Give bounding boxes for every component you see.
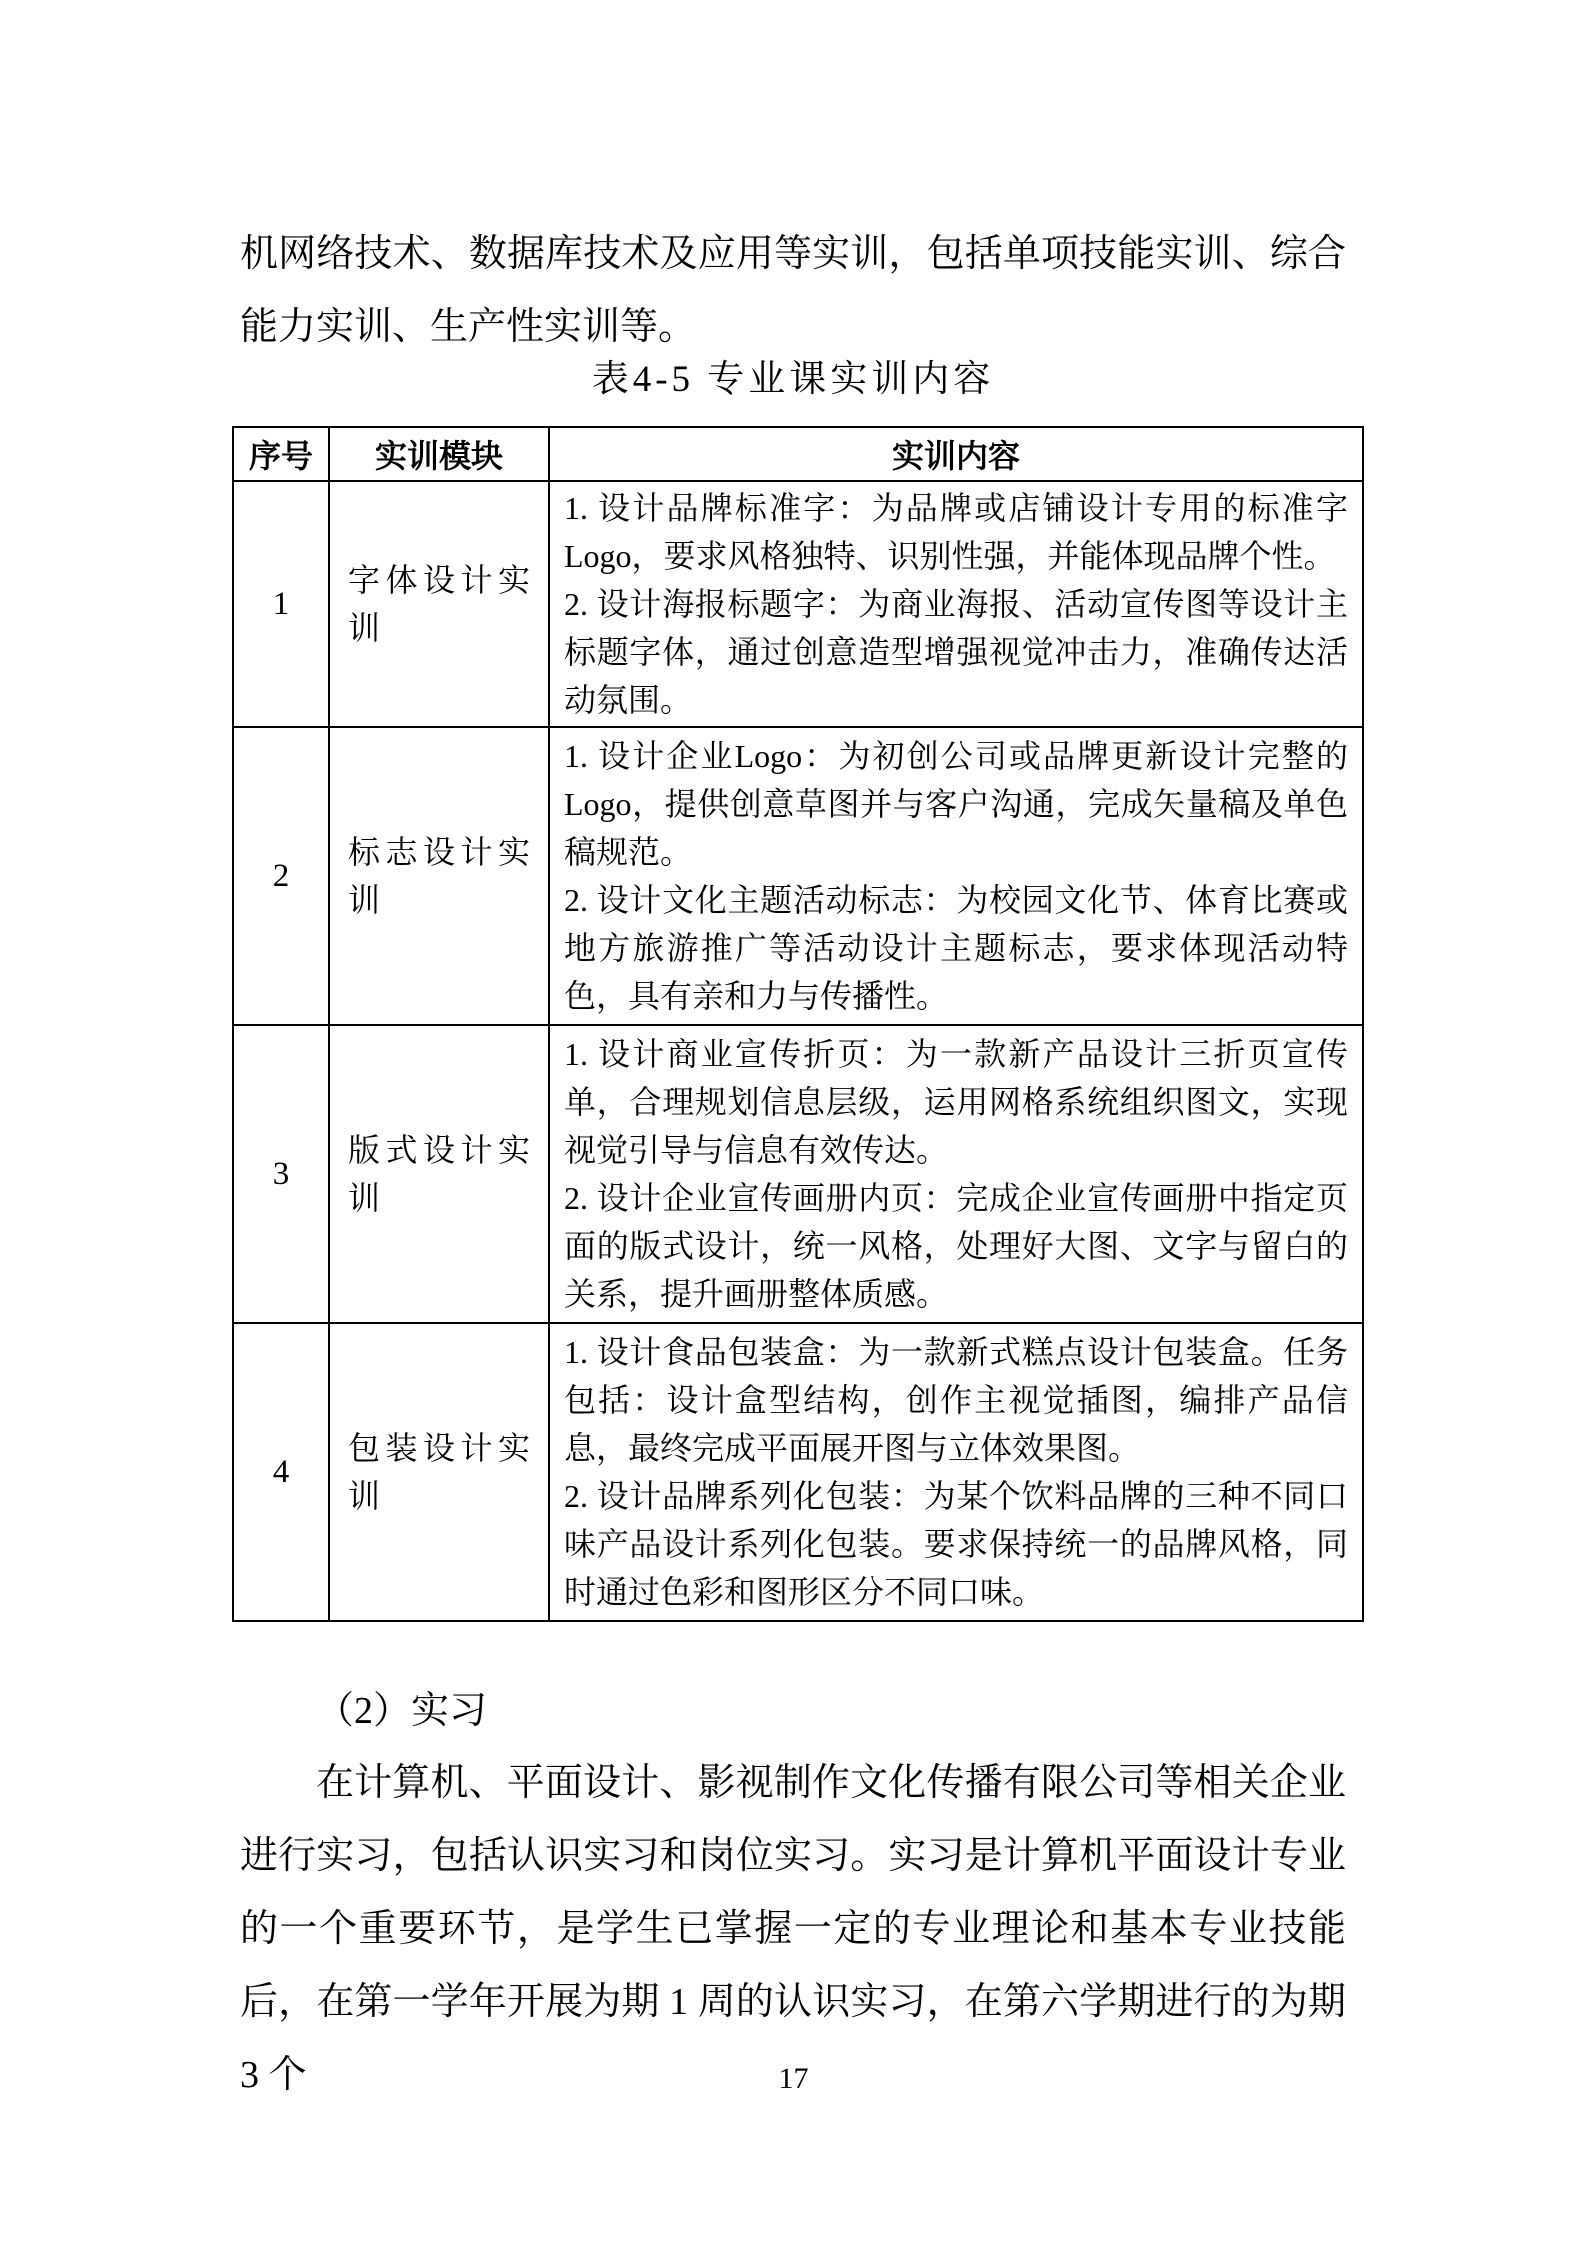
row-number: 2 [233, 727, 329, 1025]
training-item: 1. 设计企业Logo：为初创公司或品牌更新设计完整的Logo，提供创意草图并与… [564, 732, 1348, 876]
document-page: 机网络技术、数据库技术及应用等实训，包括单项技能实训、综合能力实训、生产性实训等… [0, 0, 1587, 2245]
intro-paragraph: 机网络技术、数据库技术及应用等实训，包括单项技能实训、综合能力实训、生产性实训等… [240, 218, 1346, 364]
row-number: 1 [233, 481, 329, 727]
table-row: 3 版式设计实训 1. 设计商业宣传折页：为一款新产品设计三折页宣传单，合理规划… [233, 1025, 1363, 1323]
body-paragraph: 在计算机、平面设计、影视制作文化传播有限公司等相关企业进行实习，包括认识实习和岗… [240, 1747, 1346, 2112]
training-item: 2. 设计企业宣传画册内页：完成企业宣传画册中指定页面的版式设计，统一风格，处理… [564, 1174, 1348, 1318]
table-header-row: 序号 实训模块 实训内容 [233, 427, 1363, 481]
training-content-table: 序号 实训模块 实训内容 1 字体设计实训 1. 设计品牌标准字：为品牌或店铺设… [232, 426, 1364, 1622]
row-number: 3 [233, 1025, 329, 1323]
page-number: 17 [0, 2062, 1587, 2096]
section-heading: （2）实习 [240, 1675, 1346, 1748]
module-name: 字体设计实训 [329, 481, 549, 727]
table-row: 2 标志设计实训 1. 设计企业Logo：为初创公司或品牌更新设计完整的Logo… [233, 727, 1363, 1025]
module-name: 版式设计实训 [329, 1025, 549, 1323]
training-item: 2. 设计品牌系列化包装：为某个饮料品牌的三种不同口味产品设计系列化包装。要求保… [564, 1472, 1348, 1616]
module-name: 标志设计实训 [329, 727, 549, 1025]
header-cell-no: 序号 [233, 427, 329, 481]
module-content: 1. 设计企业Logo：为初创公司或品牌更新设计完整的Logo，提供创意草图并与… [549, 727, 1363, 1025]
module-name: 包装设计实训 [329, 1323, 549, 1621]
header-cell-content: 实训内容 [549, 427, 1363, 481]
module-content: 1. 设计食品包装盒：为一款新式糕点设计包装盒。任务包括：设计盒型结构，创作主视… [549, 1323, 1363, 1621]
table-title: 表4-5 专业课实训内容 [240, 348, 1346, 402]
header-cell-module: 实训模块 [329, 427, 549, 481]
training-item: 2. 设计文化主题活动标志：为校园文化节、体育比赛或地方旅游推广等活动设计主题标… [564, 876, 1348, 1020]
row-number: 4 [233, 1323, 329, 1621]
training-item: 1. 设计品牌标准字：为品牌或店铺设计专用的标准字Logo，要求风格独特、识别性… [564, 484, 1348, 580]
module-content: 1. 设计商业宣传折页：为一款新产品设计三折页宣传单，合理规划信息层级，运用网格… [549, 1025, 1363, 1323]
table-row: 1 字体设计实训 1. 设计品牌标准字：为品牌或店铺设计专用的标准字Logo，要… [233, 481, 1363, 727]
training-item: 1. 设计商业宣传折页：为一款新产品设计三折页宣传单，合理规划信息层级，运用网格… [564, 1030, 1348, 1174]
training-item: 2. 设计海报标题字：为商业海报、活动宣传图等设计主标题字体，通过创意造型增强视… [564, 580, 1348, 724]
module-content: 1. 设计品牌标准字：为品牌或店铺设计专用的标准字Logo，要求风格独特、识别性… [549, 481, 1363, 727]
training-item: 1. 设计食品包装盒：为一款新式糕点设计包装盒。任务包括：设计盒型结构，创作主视… [564, 1328, 1348, 1472]
table-row: 4 包装设计实训 1. 设计食品包装盒：为一款新式糕点设计包装盒。任务包括：设计… [233, 1323, 1363, 1621]
